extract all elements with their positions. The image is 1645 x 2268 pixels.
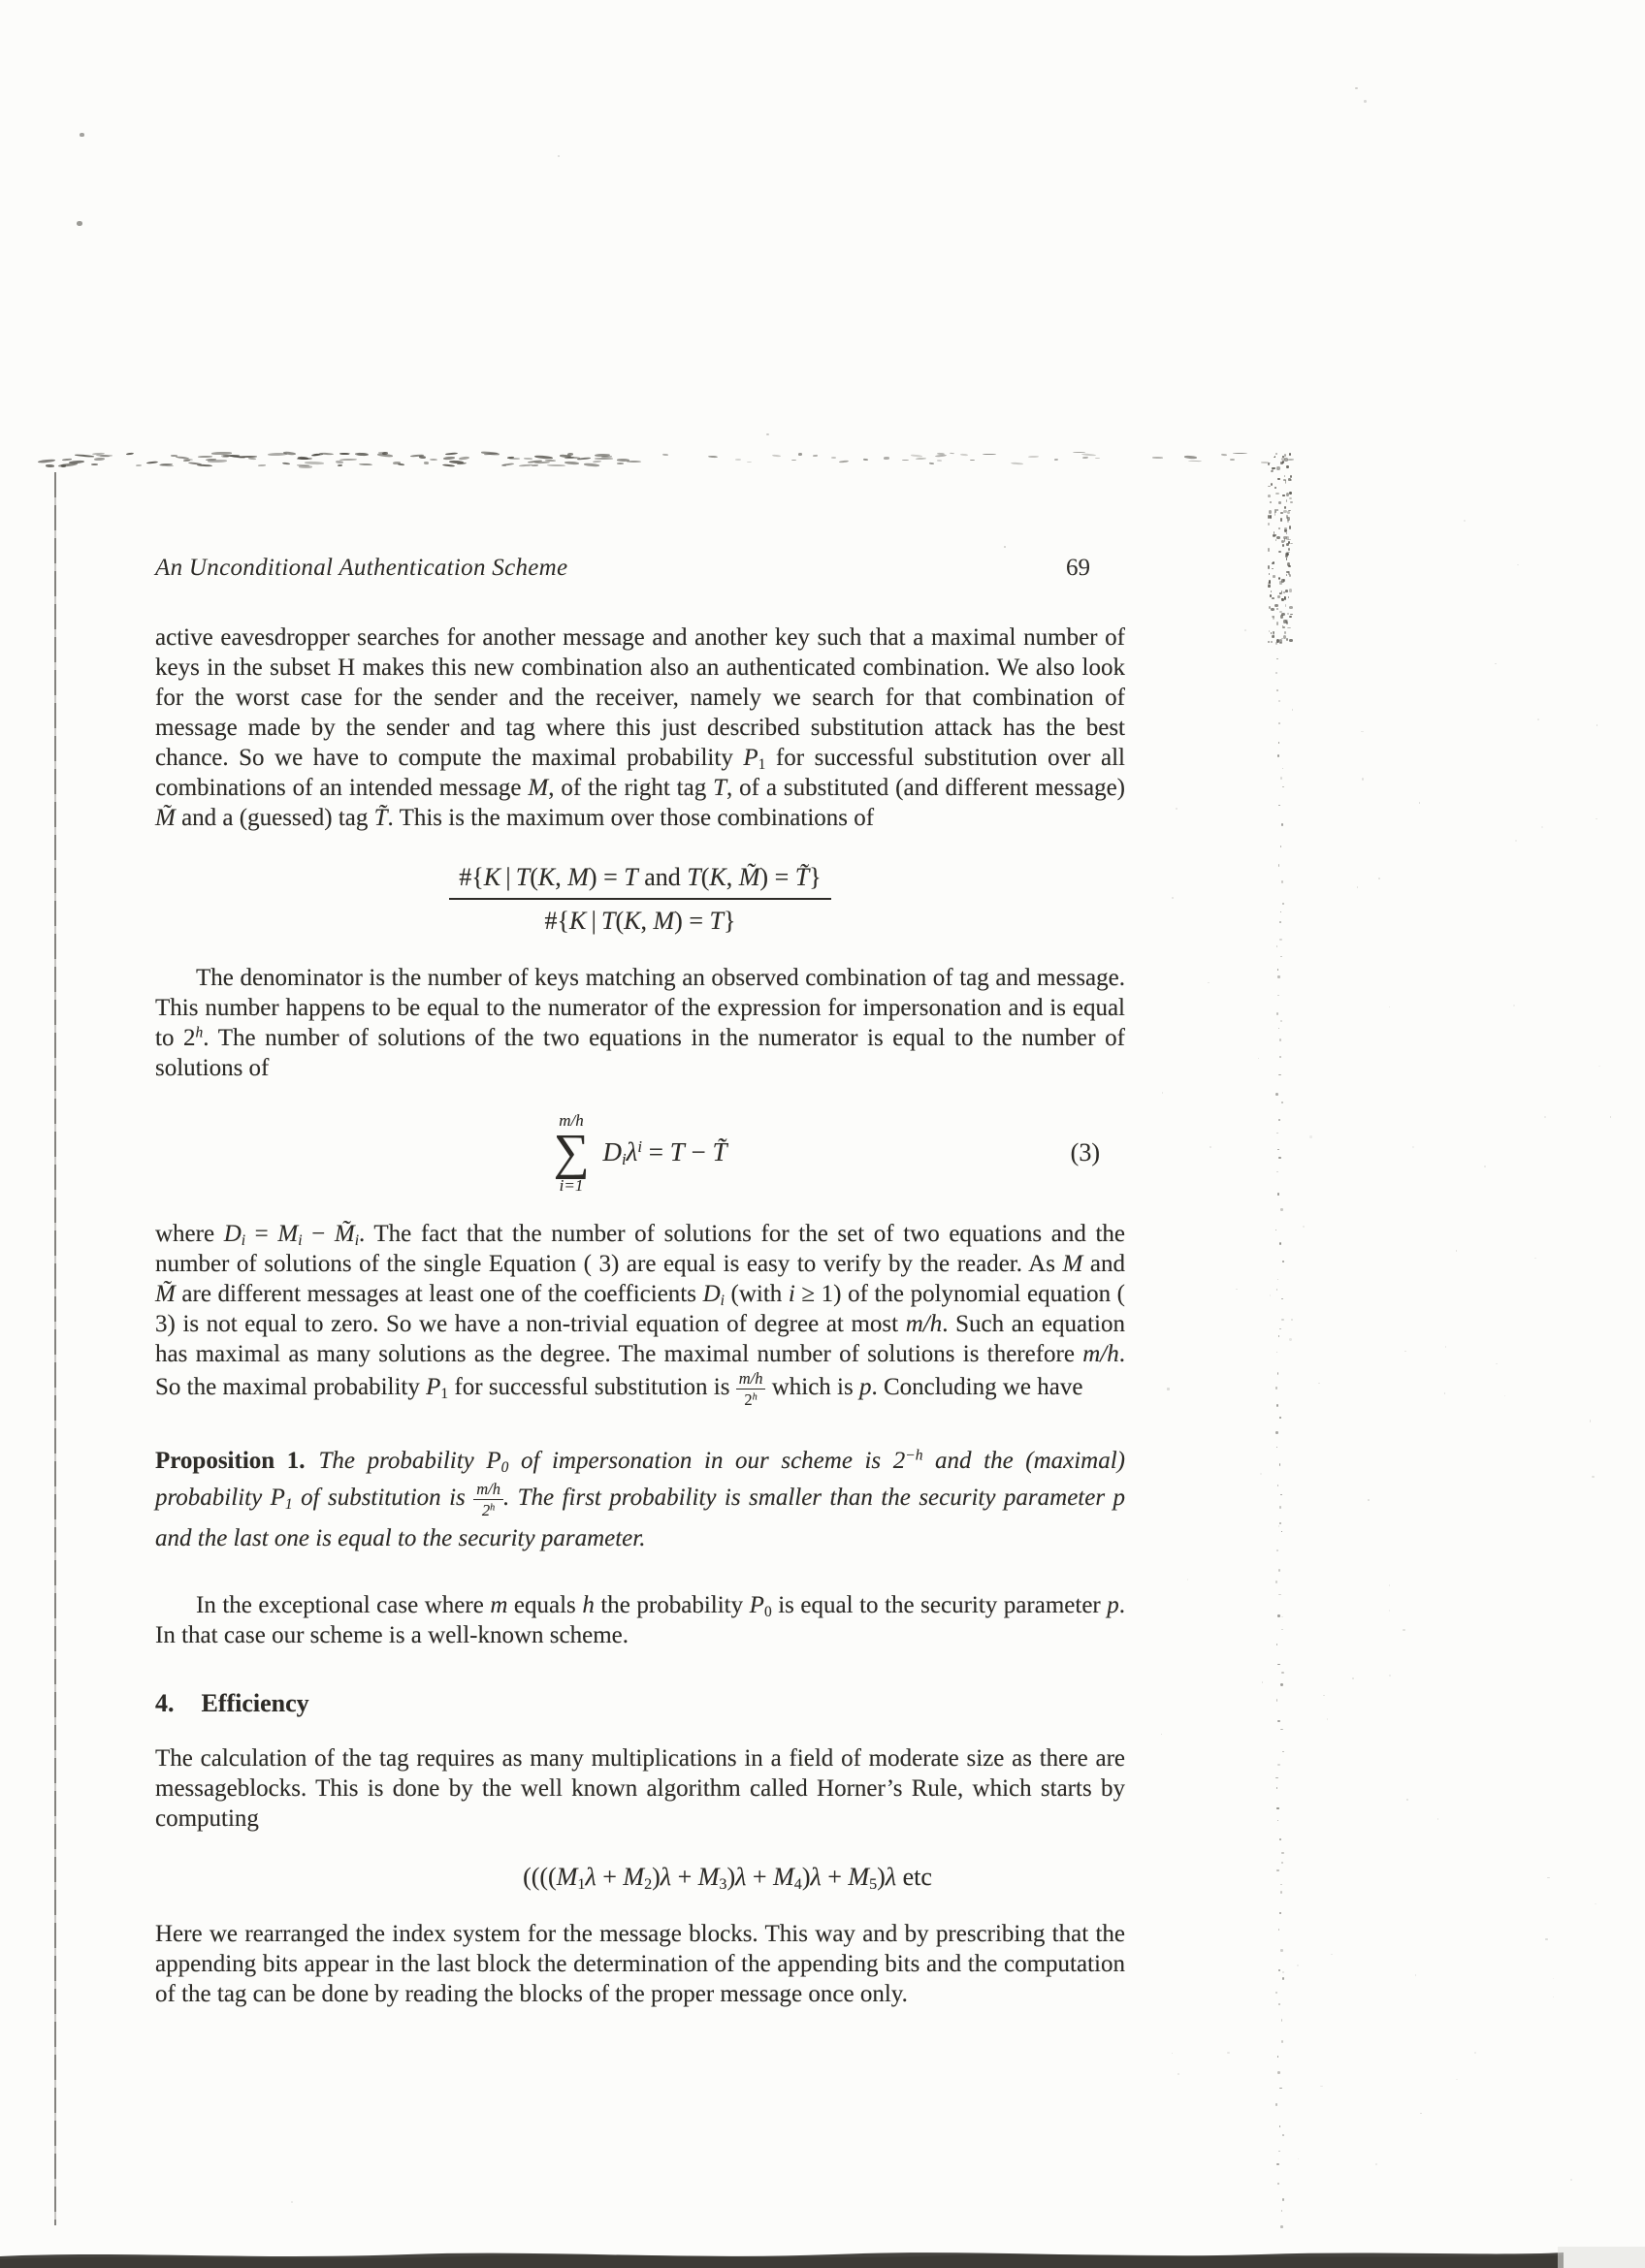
- paragraph-solutions: where Di = Mi − M̃i. The fact that the n…: [155, 1219, 1125, 1410]
- equation-3: m/h ∑ i=1 Diλi = T − T̃ (3): [155, 1112, 1125, 1193]
- equation-substitution-ratio: #{K | T(K, M) = T and T(K, M̃) = T̃} #{K…: [155, 860, 1125, 938]
- section-title: Efficiency: [202, 1689, 309, 1717]
- inline-fraction-denominator: 2h: [736, 1390, 766, 1409]
- scan-bottom-bar: [0, 2244, 1571, 2268]
- sigma-icon: ∑: [553, 1129, 589, 1176]
- scanned-paper-page: An Unconditional Authentication Scheme 6…: [0, 0, 1645, 2268]
- fraction-denominator: #{K | T(K, M) = T}: [449, 900, 830, 938]
- equation-3-body: Diλi = T − T̃: [603, 1137, 727, 1167]
- section-number: 4.: [155, 1689, 175, 1717]
- running-title: An Unconditional Authentication Scheme: [155, 555, 567, 582]
- scan-corner-smudge: [1558, 2247, 1645, 2268]
- page-header: An Unconditional Authentication Scheme 6…: [155, 555, 1125, 582]
- inline-fraction-numerator: m/h: [736, 1369, 766, 1390]
- fraction: #{K | T(K, M) = T and T(K, M̃) = T̃} #{K…: [449, 860, 830, 938]
- page-content: An Unconditional Authentication Scheme 6…: [155, 555, 1125, 2009]
- fraction-numerator: #{K | T(K, M) = T and T(K, M̃) = T̃}: [449, 860, 830, 900]
- paragraph-exceptional-case: In the exceptional case where m equals h…: [155, 1590, 1125, 1650]
- scan-left-edge-line: [54, 472, 56, 2225]
- sum-lower-limit: i=1: [560, 1177, 584, 1194]
- inline-fraction: m/h2h: [736, 1369, 766, 1410]
- proposition-label: Proposition 1.: [155, 1448, 306, 1474]
- proposition-fraction: m/h2h: [473, 1480, 503, 1520]
- equation-horner-rule: ((((M1λ + M2)λ + M3)λ + M4)λ + M5)λ etc: [155, 1863, 1125, 1892]
- paragraph-solutions-tail: which is p. Concluding we have: [765, 1374, 1082, 1400]
- equation-3-number: (3): [1071, 1138, 1100, 1167]
- paragraph-tag-calculation: The calculation of the tag requires as m…: [155, 1743, 1125, 1834]
- proposition-fraction-denominator: 2h: [473, 1500, 503, 1519]
- proposition-1: Proposition 1.The probability P0 of impe…: [155, 1443, 1125, 1557]
- paragraph-substitution-attack: active eavesdropper searches for another…: [155, 623, 1125, 833]
- summation-symbol: m/h ∑ i=1: [553, 1112, 589, 1193]
- paragraph-denominator: The denominator is the number of keys ma…: [155, 963, 1125, 1083]
- page-number: 69: [1066, 555, 1090, 582]
- proposition-fraction-numerator: m/h: [473, 1480, 503, 1500]
- section-heading-efficiency: 4.Efficiency: [155, 1689, 1125, 1718]
- paragraph-index-system: Here we rearranged the index system for …: [155, 1919, 1125, 2009]
